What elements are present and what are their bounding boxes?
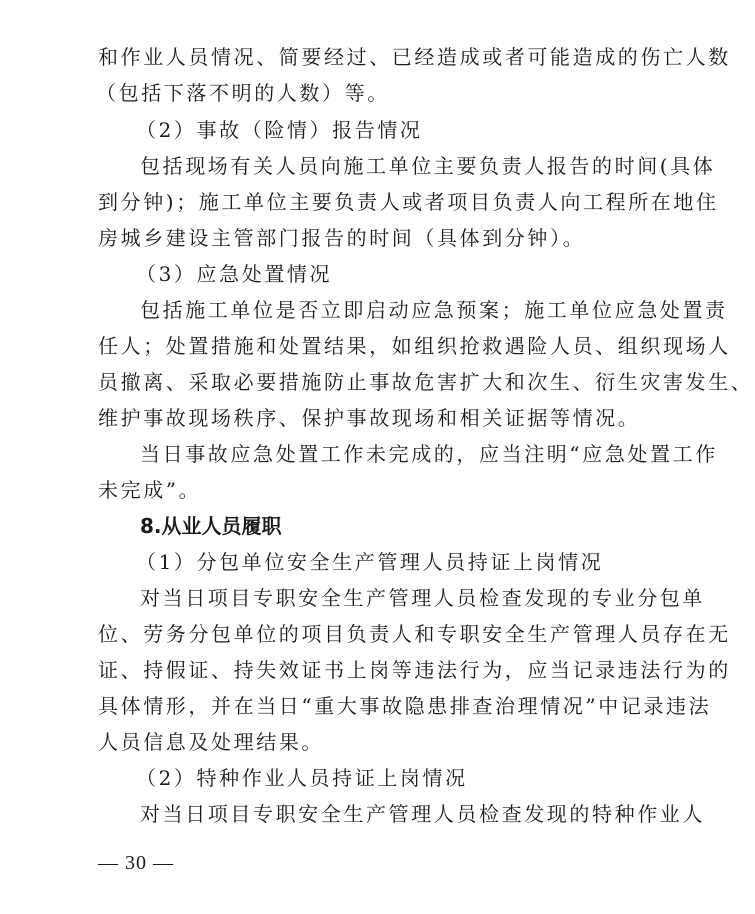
subheading-special-operations-certification: （2）特种作业人员持证上岗情况 <box>136 765 706 791</box>
paragraph-line: 对当日项目专职安全生产管理人员检查发现的特种作业人 <box>140 801 710 827</box>
section-heading-personnel-duties: 8.从业人员履职 <box>140 513 710 539</box>
paragraph-line: 证、持假证、持失效证书上岗等违法行为，应当记录违法行为的 <box>98 657 668 683</box>
subheading-emergency-response: （3）应急处置情况 <box>136 261 706 287</box>
paragraph-line: 和作业人员情况、简要经过、已经造成或者可能造成的伤亡人数 <box>98 44 668 70</box>
paragraph-line: 维护事故现场秩序、保护事故现场和相关证据等情况。 <box>98 405 668 431</box>
paragraph-line: 包括现场有关人员向施工单位主要负责人报告的时间(具体 <box>140 153 710 179</box>
paragraph-line: 人员信息及处理结果。 <box>98 729 668 755</box>
paragraph-line: 当日事故应急处置工作未完成的，应当注明“应急处置工作 <box>140 441 710 467</box>
paragraph-line: 对当日项目专职安全生产管理人员检查发现的专业分包单 <box>140 585 710 611</box>
paragraph-line: （包括下落不明的人数）等。 <box>96 80 666 106</box>
subheading-accident-report: （2）事故（险情）报告情况 <box>136 117 706 143</box>
document-page: 和作业人员情况、简要经过、已经造成或者可能造成的伤亡人数 （包括下落不明的人数）… <box>0 0 755 914</box>
paragraph-line: 任人；处置措施和处置结果，如组织抢救遇险人员、组织现场人 <box>98 333 668 359</box>
page-number: — 30 — <box>98 852 174 875</box>
paragraph-line: 到分钟)；施工单位主要负责人或者项目负责人向工程所在地住 <box>98 189 668 215</box>
paragraph-line: 未完成”。 <box>98 477 668 503</box>
subheading-subcontractor-certification: （1）分包单位安全生产管理人员持证上岗情况 <box>136 549 706 575</box>
paragraph-line: 房城乡建设主管部门报告的时间（具体到分钟）。 <box>98 225 668 251</box>
paragraph-line: 包括施工单位是否立即启动应急预案；施工单位应急处置责 <box>140 297 710 323</box>
paragraph-line: 具体情形，并在当日“重大事故隐患排查治理情况”中记录违法 <box>98 693 668 719</box>
paragraph-line: 员撤离、采取必要措施防止事故危害扩大和次生、衍生灾害发生、 <box>98 369 668 395</box>
paragraph-line: 位、劳务分包单位的项目负责人和专职安全生产管理人员存在无 <box>98 621 668 647</box>
